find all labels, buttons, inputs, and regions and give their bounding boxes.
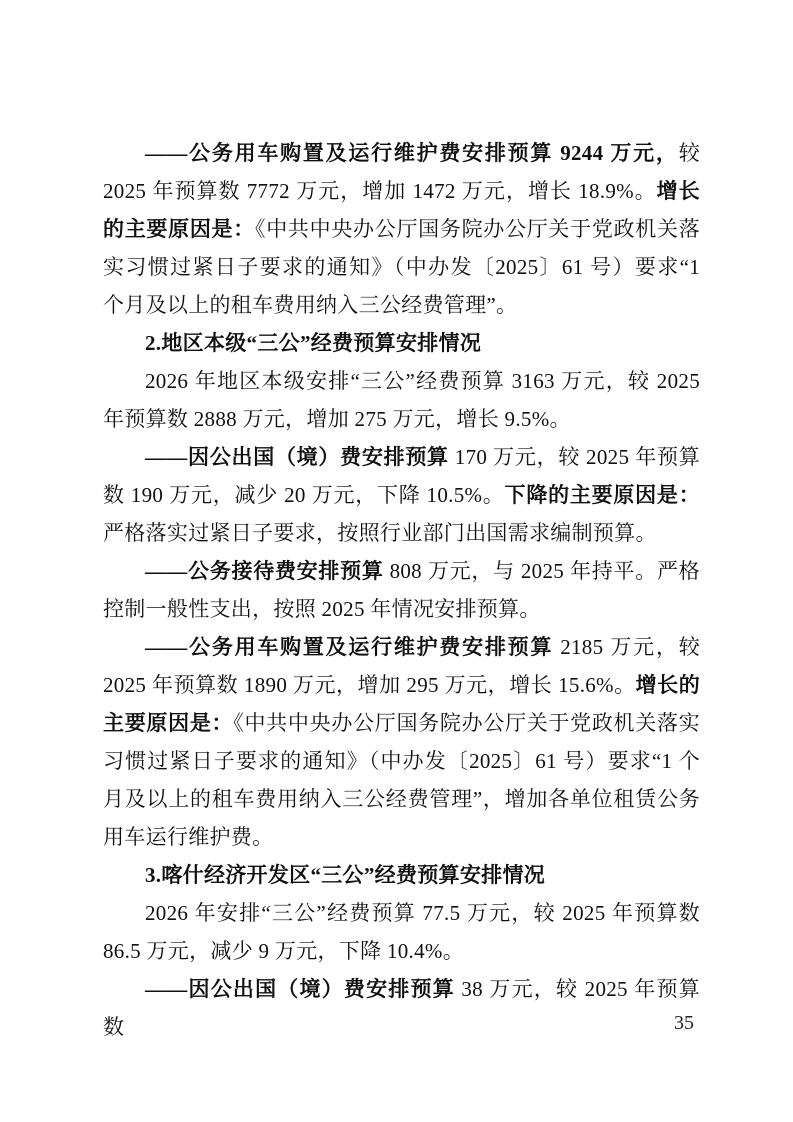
body-paragraph: ——公务用车购置及运行维护费安排预算 9244 万元，较 2025 年预算数 7… (103, 134, 700, 324)
body-paragraph: ——公务接待费安排预算 808 万元，与 2025 年持平。严格控制一般性支出，… (103, 552, 700, 628)
body-paragraph: ——公务用车购置及运行维护费安排预算 2185 万元，较 2025 年预算数 1… (103, 628, 700, 856)
text-run: 2026 年地区本级安排“三公”经费预算 3163 万元，较 2025 年预算数… (103, 369, 700, 431)
text-run: 3.喀什经济开发区“三公”经费预算安排情况 (145, 863, 545, 887)
text-run: ——因公出国（境）费安排预算 (145, 977, 455, 1001)
section-heading: 3.喀什经济开发区“三公”经费预算安排情况 (103, 856, 700, 894)
text-run: 严格落实过紧日子要求，按照行业部门出国需求编制预算。 (103, 521, 657, 545)
text-run: 2026 年安排“三公”经费预算 77.5 万元，较 2025 年预算数 86.… (103, 901, 700, 963)
text-run: ——公务接待费安排预算 (145, 559, 384, 583)
body-paragraph: 2026 年地区本级安排“三公”经费预算 3163 万元，较 2025 年预算数… (103, 362, 700, 438)
body-paragraph: 2026 年安排“三公”经费预算 77.5 万元，较 2025 年预算数 86.… (103, 894, 700, 970)
body-paragraph: ——因公出国（境）费安排预算 38 万元，较 2025 年预算数 (103, 970, 700, 1046)
text-run: ——公务用车购置及运行维护费安排预算 (145, 635, 553, 659)
document-page: ——公务用车购置及运行维护费安排预算 9244 万元，较 2025 年预算数 7… (0, 0, 793, 1122)
text-run: ——因公出国（境）费安排预算 (145, 445, 449, 469)
document-body: ——公务用车购置及运行维护费安排预算 9244 万元，较 2025 年预算数 7… (103, 134, 700, 1046)
text-run: ——公务用车购置及运行维护费安排预算 9244 万元， (145, 141, 679, 165)
text-run: 2.地区本级“三公”经费预算安排情况 (145, 331, 481, 355)
page-number: 35 (674, 1008, 694, 1038)
text-run: 下降的主要原因是： (505, 483, 700, 507)
body-paragraph: ——因公出国（境）费安排预算 170 万元，较 2025 年预算数 190 万元… (103, 438, 700, 552)
section-heading: 2.地区本级“三公”经费预算安排情况 (103, 324, 700, 362)
